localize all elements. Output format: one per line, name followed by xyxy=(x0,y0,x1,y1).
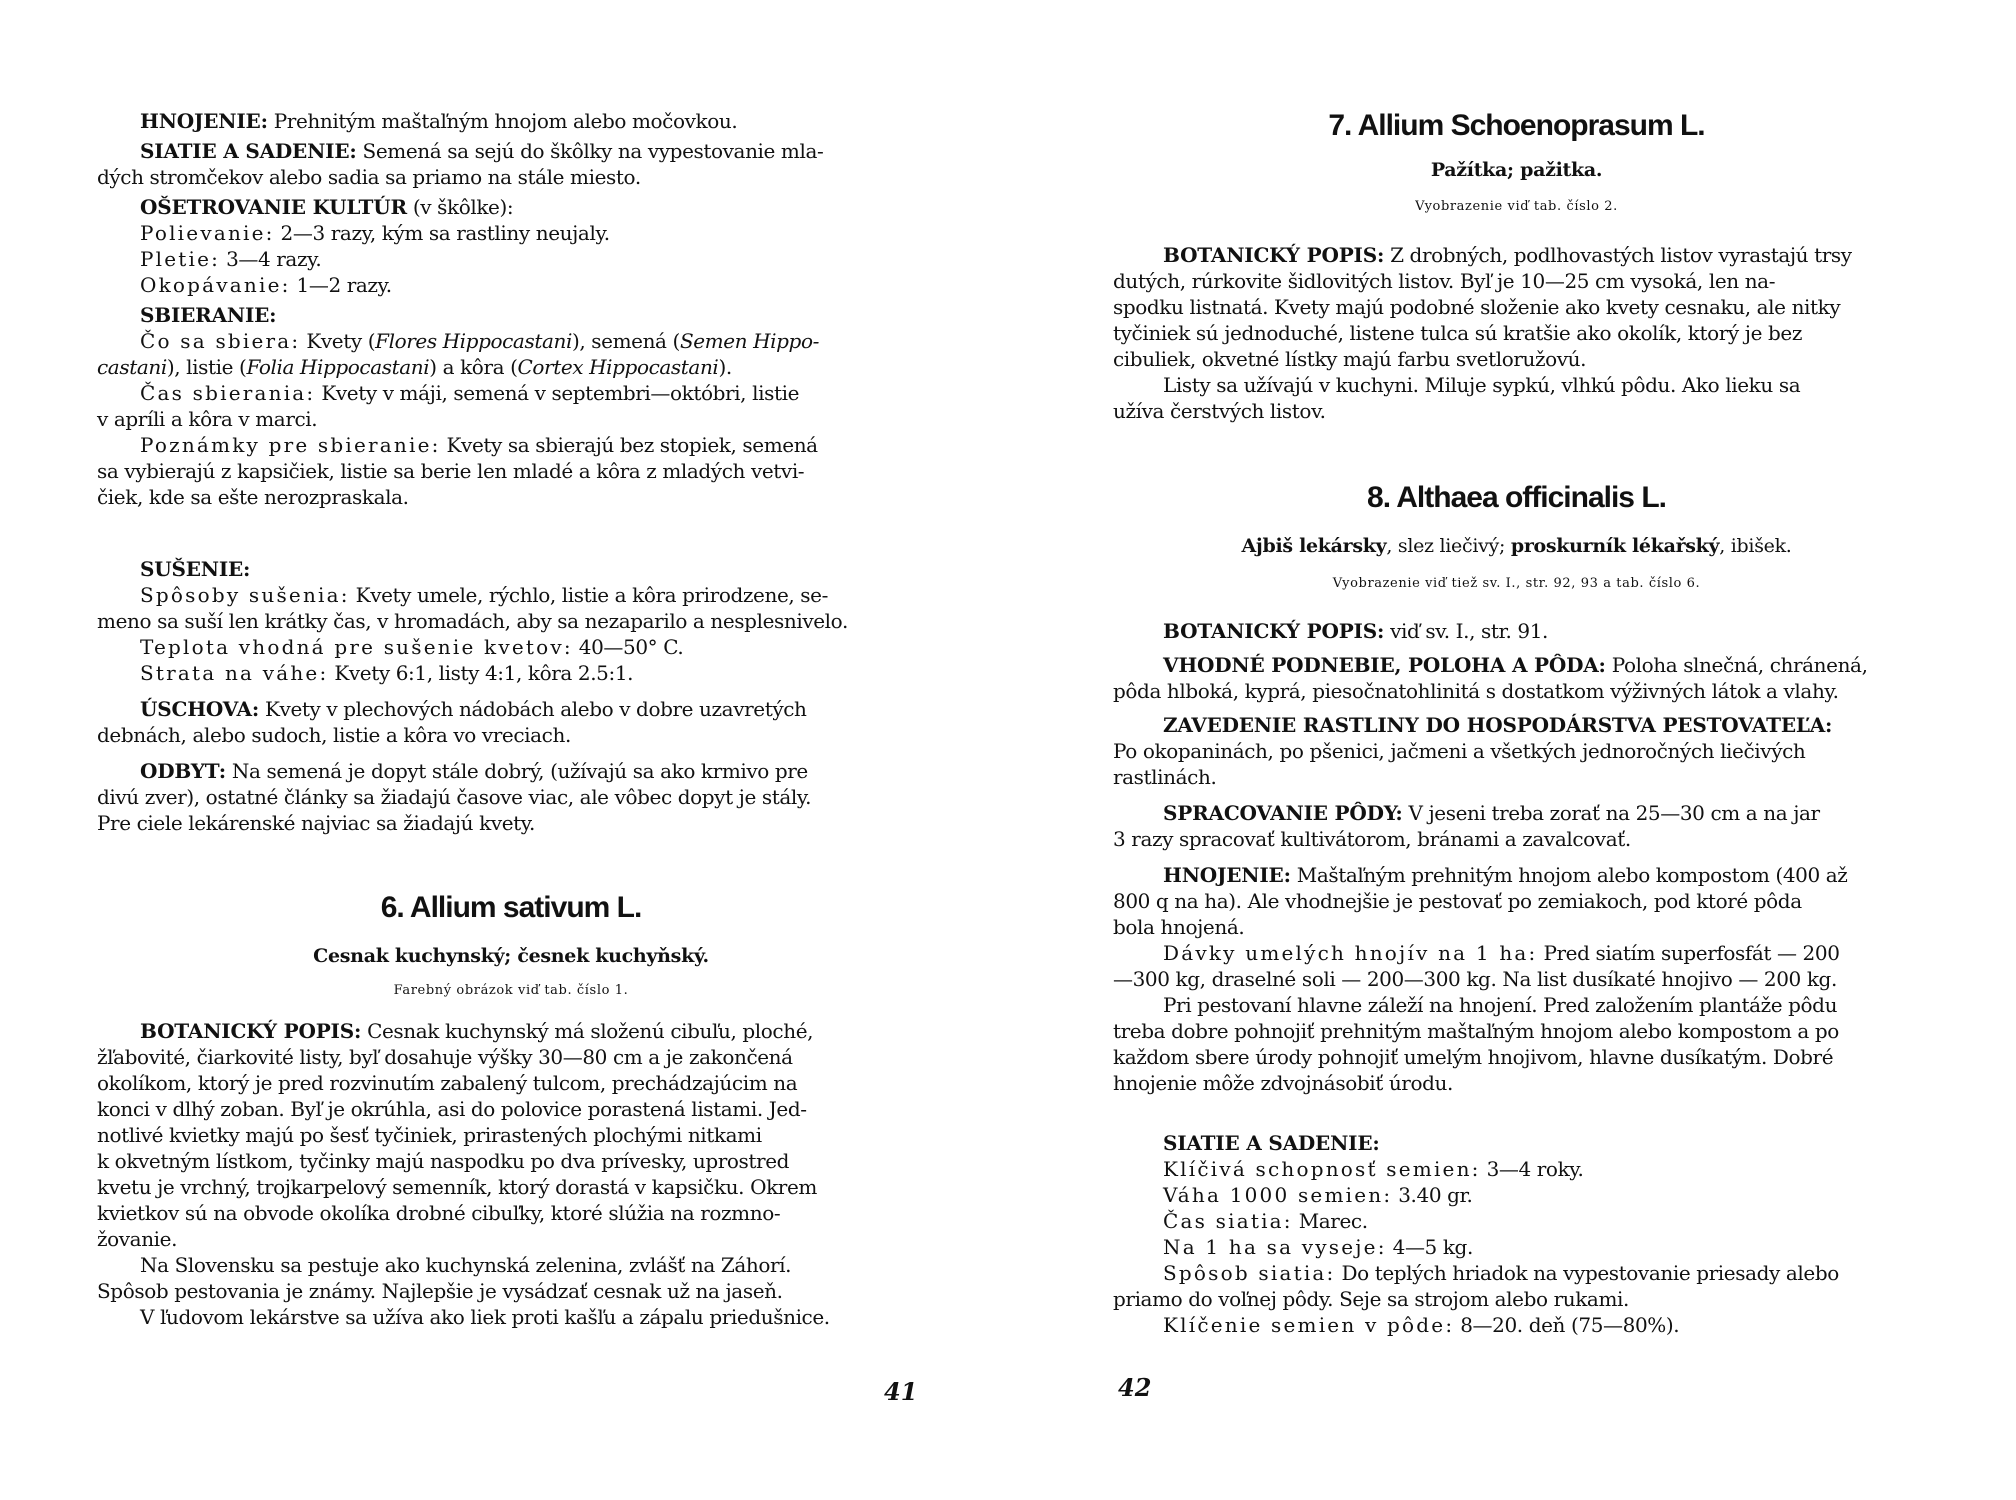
entry-6-para2-line2: Spôsob pestovania je známy. Najlepšie je… xyxy=(97,1278,783,1304)
davky-term: Dávky umelých hnojív na 1 ha: xyxy=(1163,941,1538,965)
poznamky-line2: sa vybierajú z kapsičiek, listie sa beri… xyxy=(97,458,804,484)
hnojenie-line1: HNOJENIE: Maštaľným prehnitým hnojom ale… xyxy=(1163,862,1847,888)
hnojenie-text: Prehnitým maštaľným hnojom alebo močovko… xyxy=(268,109,738,133)
entry-7-figure-note: Vyobrazenie viď tab. číslo 2. xyxy=(1113,198,1920,216)
entry-6-botanicky-line1: BOTANICKÝ POPIS: Cesnak kuchynský má slo… xyxy=(140,1018,813,1044)
odbyt-line1: ODBYT: Na semená je dopyt stále dobrý, (… xyxy=(140,758,808,784)
hnojenie-label: HNOJENIE: xyxy=(1163,863,1291,887)
text: 3.40 gr. xyxy=(1392,1183,1472,1207)
vysev-term: Na 1 ha sa vyseje: xyxy=(1163,1235,1387,1259)
entry-6-botanicky-line5: notlivé kvietky majú po šesť tyčiniek, p… xyxy=(97,1122,762,1148)
teplota-term: Teplota vhodná pre sušenie kvetov: xyxy=(140,635,573,659)
poznamky-term: Poznámky pre sbieranie: xyxy=(140,433,441,457)
text: Maštaľným prehnitým hnojom alebo kompost… xyxy=(1291,863,1848,887)
pri-pestovani-line3: každom sbere úrody pohnojiť umelým hnoji… xyxy=(1113,1044,1833,1070)
vysev-line: Na 1 ha sa vyseje: 4—5 kg. xyxy=(1163,1234,1473,1260)
okopavanie-value: 1—2 razy. xyxy=(291,273,392,297)
text: Kvety umele, rýchlo, listie a kôra priro… xyxy=(350,583,828,607)
uschova-line2: debnách, alebo sudoch, listie a kôra vo … xyxy=(97,722,571,748)
zavedenie-line1: Po okopaninách, po pšenici, jačmeni a vš… xyxy=(1113,738,1805,764)
text: Cesnak kuchynský má složenú cibuľu, ploc… xyxy=(361,1019,813,1043)
text: Kvety sa sbierajú bez stopiek, semená xyxy=(441,433,818,457)
botanicky-popis-label: BOTANICKÝ POPIS: xyxy=(140,1019,361,1043)
teplota-line: Teplota vhodná pre sušenie kvetov: 40—50… xyxy=(140,634,683,660)
sposob-siatia-line2: priamo do voľnej pôdy. Seje sa strojom a… xyxy=(1113,1286,1629,1312)
hnojenie-line3: bola hnojená. xyxy=(1113,914,1244,940)
polievanie-term: Polievanie: xyxy=(140,221,275,245)
text: ). xyxy=(718,355,731,379)
botanicky-popis-label: BOTANICKÝ POPIS: xyxy=(1163,619,1384,643)
klicenie-line: Klíčenie semien v pôde: 8—20. deň (75—80… xyxy=(1163,1312,1679,1338)
okopavanie-line: Okopávanie: 1—2 razy. xyxy=(140,272,392,298)
entry-7-use-line1: Listy sa užívajú v kuchyni. Miluje sypkú… xyxy=(1163,372,1800,398)
cas-siatia-term: Čas siatia: xyxy=(1163,1209,1293,1233)
text: Poloha slnečná, chránená, xyxy=(1606,653,1868,677)
entry-7-common-names: Pažítka; pažitka. xyxy=(1113,158,1920,182)
pri-pestovani-line2: treba dobre pohnojiť prehnitým maštaľným… xyxy=(1113,1018,1839,1044)
text: 40—50° C. xyxy=(573,635,684,659)
text: Kvety 6:1, listy 4:1, kôra 2.5:1. xyxy=(328,661,633,685)
right-page: 7. Allium Schoenoprasum L. Pažítka; paži… xyxy=(1008,0,2016,1500)
sposoby-susenia-line2: meno sa suší len krátky čas, v hromadách… xyxy=(97,608,848,634)
siatie-line2: dých stromčekov alebo sadia sa priamo na… xyxy=(97,164,641,190)
pletie-value: 3—4 razy. xyxy=(220,247,321,271)
entry-8-common-names: Ajbiš lekársky, slez liečivý; proskurník… xyxy=(1113,534,1920,558)
odbyt-line2: divú zver), ostatné články sa žiadajú ča… xyxy=(97,784,811,810)
osetrovanie-heading: OŠETROVANIE KULTÚR (v škôlke): xyxy=(140,194,513,220)
entry-6-botanicky-line8: kvietkov sú na obvode okolíka drobné cib… xyxy=(97,1200,780,1226)
latin-name: Folia Hippocastani xyxy=(246,355,429,379)
entry-6-botanicky-line7: kvetu je vrchný, trojkarpelový semenník,… xyxy=(97,1174,817,1200)
text: Na semená je dopyt stále dobrý, (užívajú… xyxy=(226,759,808,783)
susenie-label: SUŠENIE: xyxy=(140,557,250,581)
spracovanie-label: SPRACOVANIE PÔDY: xyxy=(1163,801,1403,825)
hnojenie-paragraph: HNOJENIE: Prehnitým maštaľným hnojom ale… xyxy=(140,108,737,134)
uschova-label: ÚSCHOVA: xyxy=(140,697,259,721)
pletie-line: Pletie: 3—4 razy. xyxy=(140,246,321,272)
poznamky-line1: Poznámky pre sbieranie: Kvety sa sbieraj… xyxy=(140,432,818,458)
entry-6-botanicky-line9: žovanie. xyxy=(97,1226,177,1252)
sposob-siatia-term: Spôsob siatia: xyxy=(1163,1261,1336,1285)
siatie-heading: SIATIE A SADENIE: xyxy=(1163,1130,1380,1156)
entry-8-botanicky: BOTANICKÝ POPIS: viď sv. I., str. 91. xyxy=(1163,618,1548,644)
text: 8—20. deň (75—80%). xyxy=(1454,1313,1679,1337)
poznamky-line3: čiek, kde sa ešte nerozpraskala. xyxy=(97,484,409,510)
botanicky-popis-label: BOTANICKÝ POPIS: xyxy=(1163,243,1384,267)
entry-6-figure-note: Farebný obrázok viď tab. číslo 1. xyxy=(97,982,925,1000)
text: Marec. xyxy=(1293,1209,1368,1233)
okopavanie-term: Okopávanie: xyxy=(140,273,291,297)
polievanie-value: 2—3 razy, kým sa rastliny neujaly. xyxy=(275,221,610,245)
text: ) a kôra ( xyxy=(429,355,517,379)
podnebie-label: VHODNÉ PODNEBIE, POLOHA A PÔDA: xyxy=(1163,653,1606,677)
osetrovanie-suffix: (v škôlke): xyxy=(407,195,513,219)
text: 3—4 roky. xyxy=(1481,1157,1584,1181)
latin-name: Flores Hippocastani xyxy=(375,329,572,353)
hnojenie-line2: 800 q na ha). Ale vhodnejšie je pestovať… xyxy=(1113,888,1802,914)
zavedenie-label: ZAVEDENIE RASTLINY DO HOSPODÁRSTVA PESTO… xyxy=(1163,713,1832,737)
vaha-term: Váha 1000 semien: xyxy=(1163,1183,1392,1207)
sposoby-susenia-term: Spôsoby sušenia: xyxy=(140,583,350,607)
strata-line: Strata na váhe: Kvety 6:1, listy 4:1, kô… xyxy=(140,660,633,686)
klicivost-term: Klíčivá schopnosť semien: xyxy=(1163,1157,1481,1181)
entry-7-botanicky-line2: dutých, rúrkovite šidlovitých listov. By… xyxy=(1113,268,1775,294)
vaha-line: Váha 1000 semien: 3.40 gr. xyxy=(1163,1182,1472,1208)
text: Kvety v máji, semená v septembri—októbri… xyxy=(315,381,799,405)
spracovanie-line1: SPRACOVANIE PÔDY: V jeseni treba zorať n… xyxy=(1163,800,1820,826)
entry-8-figure-note: Vyobrazenie viď tiež sv. I., str. 92, 93… xyxy=(1113,575,1920,593)
entry-7-botanicky-line1: BOTANICKÝ POPIS: Z drobných, podlhovastý… xyxy=(1163,242,1852,268)
pletie-term: Pletie: xyxy=(140,247,220,271)
entry-7-title: 7. Allium Schoenoprasum L. xyxy=(1113,108,1920,144)
entry-7-botanicky-line4: tyčiniek sú jednoduché, listene tulca sú… xyxy=(1113,320,1802,346)
text: Z drobných, podlhovastých listov vyrasta… xyxy=(1384,243,1852,267)
davky-line1: Dávky umelých hnojív na 1 ha: Pred siatí… xyxy=(1163,940,1840,966)
entry-7-botanicky-line5: cibuliek, okvetné lístky majú farbu svet… xyxy=(1113,346,1586,372)
siatie-text: Semená sa sejú do škôlky na vypestovanie… xyxy=(357,139,824,163)
latin-name: Cortex Hippocastani xyxy=(518,355,719,379)
text: , ibišek. xyxy=(1719,535,1791,557)
strata-term: Strata na váhe: xyxy=(140,661,328,685)
entry-7-use-line2: užíva čerstvých listov. xyxy=(1113,398,1326,424)
klicivost-line: Klíčivá schopnosť semien: 3—4 roky. xyxy=(1163,1156,1584,1182)
sposob-siatia-line1: Spôsob siatia: Do teplých hriadok na vyp… xyxy=(1163,1260,1839,1286)
siatie-label: SIATIE A SADENIE: xyxy=(1163,1131,1380,1155)
entry-6-common-names: Cesnak kuchynský; česnek kuchyňský. xyxy=(97,944,925,968)
common-name-czech: proskurník lékařský xyxy=(1511,535,1719,557)
siatie-label: SIATIE A SADENIE: xyxy=(140,139,357,163)
siatie-line1: SIATIE A SADENIE: Semená sa sejú do škôl… xyxy=(140,138,925,164)
entry-6-title: 6. Allium sativum L. xyxy=(97,890,925,926)
klicenie-term: Klíčenie semien v pôde: xyxy=(1163,1313,1454,1337)
left-page: HNOJENIE: Prehnitým maštaľným hnojom ale… xyxy=(0,0,1008,1500)
text: , slez liečivý; xyxy=(1386,535,1510,557)
text: ), listie ( xyxy=(167,355,247,379)
sbieranie-heading: SBIERANIE: xyxy=(140,302,276,328)
entry-6-botanicky-line4: konci v dlhý zoban. Byľ je okrúhla, asi … xyxy=(97,1096,807,1122)
text: viď sv. I., str. 91. xyxy=(1384,619,1548,643)
zavedenie-line2: rastlinách. xyxy=(1113,764,1216,790)
spracovanie-line2: 3 razy spracovať kultivátorom, bránami a… xyxy=(1113,826,1631,852)
odbyt-line3: Pre ciele lekárenské najviac sa žiadajú … xyxy=(97,810,535,836)
polievanie-line: Polievanie: 2—3 razy, kým sa rastliny ne… xyxy=(140,220,610,246)
entry-6-botanicky-line6: k okvetným lístkom, tyčinky majú naspodk… xyxy=(97,1148,789,1174)
entry-7-botanicky-line3: spodku listnatá. Kvety majú podobné slož… xyxy=(1113,294,1840,320)
text: ), semená ( xyxy=(572,329,680,353)
cas-sbierania-line1: Čas sbierania: Kvety v máji, semená v se… xyxy=(140,380,799,406)
co-sa-sbiera-term: Čo sa sbiera: xyxy=(140,329,300,353)
entry-6-para3: V ľudovom lekárstve sa užíva ako liek pr… xyxy=(140,1304,830,1330)
text: Kvety v plechových nádobách alebo v dobr… xyxy=(259,697,806,721)
latin-name: Semen Hippo- xyxy=(680,329,819,353)
zavedenie-heading: ZAVEDENIE RASTLINY DO HOSPODÁRSTVA PESTO… xyxy=(1163,712,1832,738)
entry-8-title: 8. Althaea officinalis L. xyxy=(1113,480,1920,516)
pri-pestovani-line1: Pri pestovaní hlavne záleží na hnojení. … xyxy=(1163,992,1837,1018)
latin-name: castani xyxy=(97,355,167,379)
co-sa-sbiera-line2: castani), listie (Folia Hippocastani) a … xyxy=(97,354,732,380)
text: 4—5 kg. xyxy=(1387,1235,1473,1259)
osetrovanie-label: OŠETROVANIE KULTÚR xyxy=(140,195,407,219)
entry-6-botanicky-line3: okolíkom, ktorý je pred rozvinutím zabal… xyxy=(97,1070,797,1096)
sbieranie-label: SBIERANIE: xyxy=(140,303,276,327)
hnojenie-label: HNOJENIE: xyxy=(140,109,268,133)
text: Do teplých hriadok na vypestovanie pries… xyxy=(1336,1261,1839,1285)
page-number-right: 42 xyxy=(1118,1374,1151,1402)
odbyt-label: ODBYT: xyxy=(140,759,226,783)
entry-6-botanicky-line2: žľabovité, čiarkovité listy, byľ dosahuj… xyxy=(97,1044,793,1070)
uschova-line1: ÚSCHOVA: Kvety v plechových nádobách ale… xyxy=(140,696,807,722)
page-number-left: 41 xyxy=(884,1378,917,1406)
podnebie-line2: pôda hlboká, kyprá, piesočnatohlinitá s … xyxy=(1113,678,1839,704)
cas-siatia-line: Čas siatia: Marec. xyxy=(1163,1208,1368,1234)
co-sa-sbiera-line1: Čo sa sbiera: Kvety (Flores Hippocastani… xyxy=(140,328,819,354)
sposoby-susenia-line1: Spôsoby sušenia: Kvety umele, rýchlo, li… xyxy=(140,582,828,608)
cas-sbierania-line2: v apríli a kôra v marci. xyxy=(97,406,317,432)
text: Kvety ( xyxy=(300,329,375,353)
text: Pred siatím superfosfát — 200 xyxy=(1538,941,1840,965)
cas-sbierania-term: Čas sbierania: xyxy=(140,381,315,405)
pri-pestovani-line4: hnojenie môže zdvojnásobiť úrodu. xyxy=(1113,1070,1453,1096)
text: V jeseni treba zorať na 25—30 cm a na ja… xyxy=(1403,801,1820,825)
susenie-heading: SUŠENIE: xyxy=(140,556,250,582)
davky-line2: —300 kg, draselné soli — 200—300 kg. Na … xyxy=(1113,966,1837,992)
common-name-slovak: Ajbiš lekársky xyxy=(1241,535,1386,557)
podnebie-line1: VHODNÉ PODNEBIE, POLOHA A PÔDA: Poloha s… xyxy=(1163,652,1868,678)
entry-6-para2-line1: Na Slovensku sa pestuje ako kuchynská ze… xyxy=(140,1252,791,1278)
